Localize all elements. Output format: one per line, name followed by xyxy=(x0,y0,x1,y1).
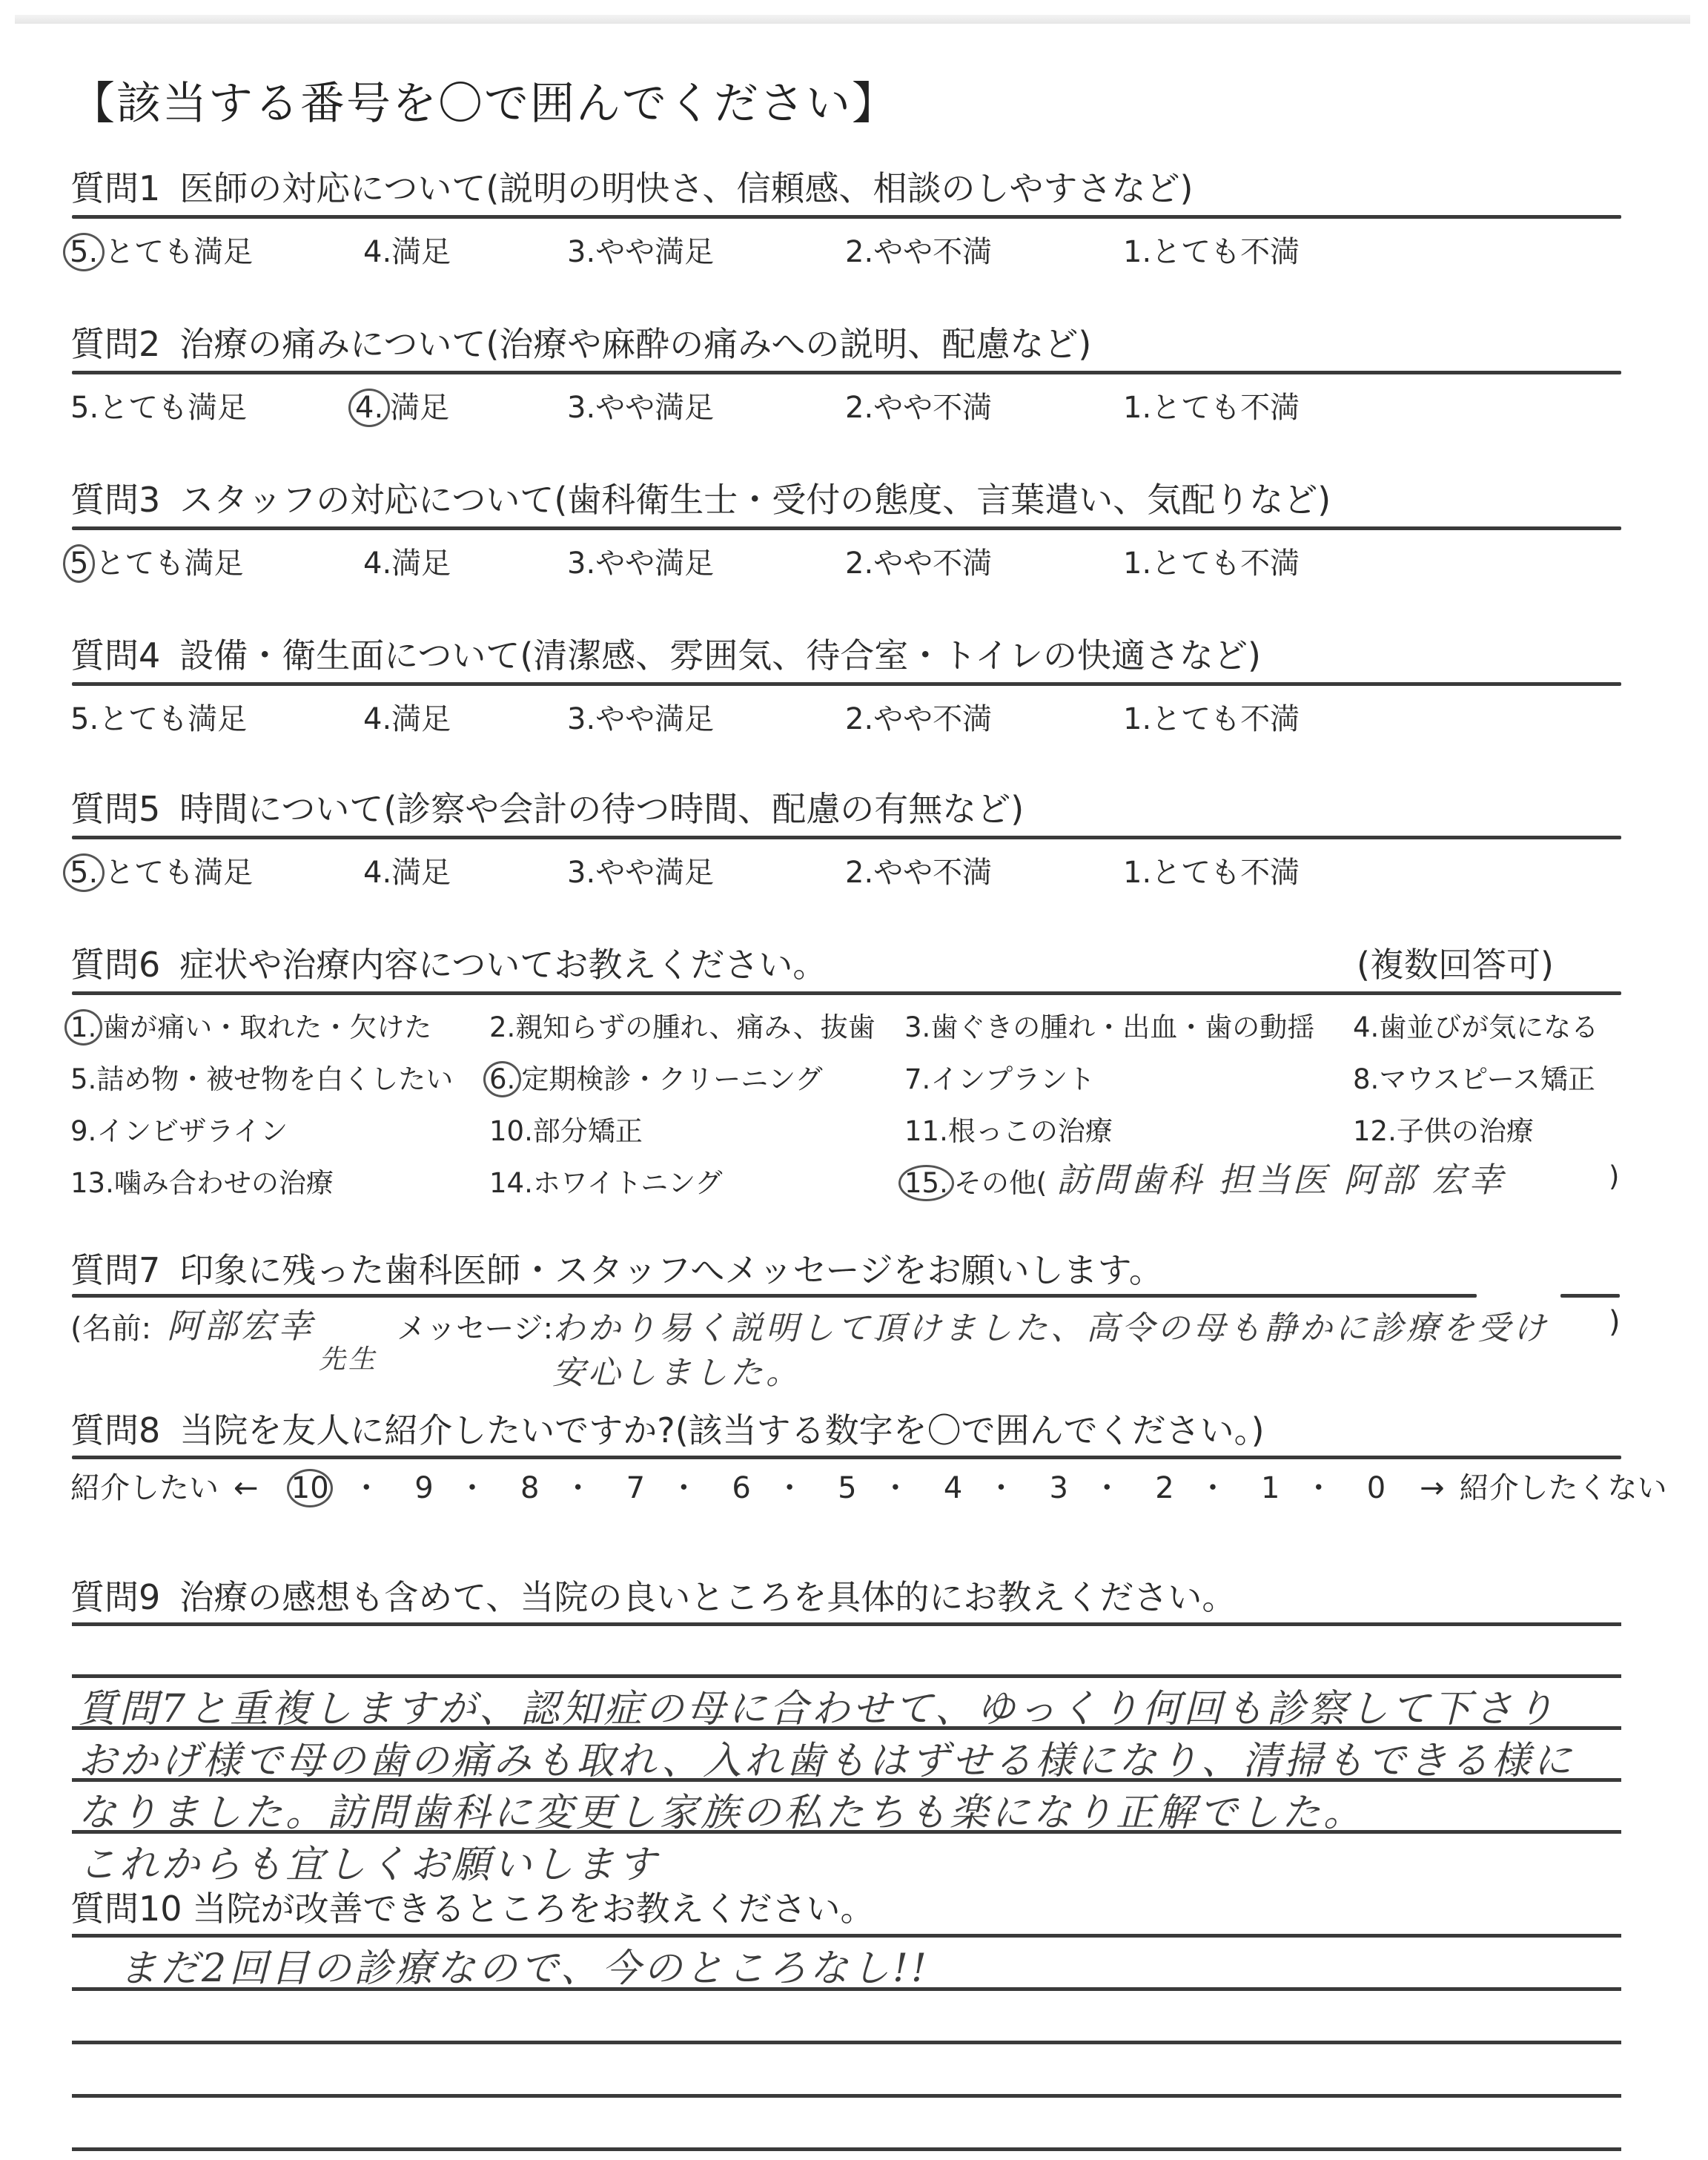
answer-line xyxy=(72,2147,1621,2151)
q9-answer-line-2[interactable]: おかげ様で母の歯の痛みも取れ、入れ歯もはずせる様になり、清掃もできる様に xyxy=(78,1729,1575,1785)
question-2-heading: 質問2治療の痛みについて(治療や麻酔の痛みへの説明、配慮など) xyxy=(70,317,1091,366)
recommend-right-label: 紹介したくない xyxy=(1460,1471,1667,1505)
q10-answer-line-1[interactable]: まだ2回目の診療なので、今のところなし!! xyxy=(119,1937,930,1992)
option-2[interactable]: 2.やや不満 xyxy=(845,228,992,271)
q9-answer-line-3[interactable]: なりました。訪問歯科に変更し家族の私たちも楽になり正解でした。 xyxy=(78,1781,1365,1837)
arrow-left-icon: ← xyxy=(234,1471,259,1505)
scale-8[interactable]: 8 xyxy=(511,1471,549,1505)
divider xyxy=(72,526,1621,530)
option-3[interactable]: 3.やや満足 xyxy=(567,696,714,738)
question-5-heading: 質問5時間について(診察や会計の待つ時間、配慮の有無など) xyxy=(70,782,1024,831)
divider xyxy=(72,991,1621,995)
question-text: 医師の対応について(説明の明快さ、信頼感、相談のしやすさなど) xyxy=(179,168,1193,208)
option-5[interactable]: 5とても満足 xyxy=(70,540,243,583)
option-9[interactable]: 9.インビザライン xyxy=(70,1109,288,1149)
scale-1[interactable]: 1 xyxy=(1251,1471,1290,1505)
scale-9[interactable]: 9 xyxy=(405,1471,443,1505)
divider xyxy=(72,215,1621,219)
question-7-heading: 質問7印象に残った歯科医師・スタッフへメッセージをお願いします。 xyxy=(70,1244,1163,1292)
option-8[interactable]: 8.マウスピース矯正 xyxy=(1353,1057,1595,1097)
question-6-heading: 質問6症状や治療内容についてお教えください。 (複数回答可) xyxy=(70,938,827,987)
question-5-options: 5.とても満足 4.満足 3.やや満足 2.やや不満 1.とても不満 xyxy=(70,849,1627,891)
question-4-options: 5.とても満足 4.満足 3.やや満足 2.やや不満 1.とても不満 xyxy=(70,696,1627,737)
divider xyxy=(72,371,1621,374)
divider xyxy=(72,836,1621,839)
option-5[interactable]: 5.とても満足 xyxy=(70,696,247,738)
option-3[interactable]: 3.やや満足 xyxy=(567,849,714,891)
divider xyxy=(72,1456,1621,1459)
option-2[interactable]: 2.親知らずの腫れ、痛み、抜歯 xyxy=(489,1005,875,1045)
option-4[interactable]: 4.満足 xyxy=(363,696,451,738)
message-label: メッセージ: xyxy=(397,1305,553,1347)
option-2[interactable]: 2.やや不満 xyxy=(845,849,992,891)
option-1[interactable]: 1.とても不満 xyxy=(1123,696,1300,738)
other-close-paren: ) xyxy=(1609,1160,1619,1192)
question-8-heading: 質問8当院を友人に紹介したいですか?(該当する数字を〇で囲んでください。) xyxy=(70,1404,1265,1453)
option-5[interactable]: 5.詰め物・被せ物を白くしたい xyxy=(70,1057,453,1097)
divider xyxy=(72,682,1621,686)
option-3[interactable]: 3.やや満足 xyxy=(567,228,714,271)
message-field-line-2[interactable]: 安心しました。 xyxy=(552,1346,801,1393)
divider xyxy=(1560,1294,1620,1298)
answer-line xyxy=(72,2094,1621,2098)
option-1[interactable]: 1.とても不満 xyxy=(1123,849,1300,891)
question-1-heading: 質問1医師の対応について(説明の明快さ、信頼感、相談のしやすさなど) xyxy=(70,162,1193,211)
option-2[interactable]: 2.やや不満 xyxy=(845,696,992,738)
option-7[interactable]: 7.インプラント xyxy=(904,1057,1095,1097)
scale-2[interactable]: 2 xyxy=(1145,1471,1184,1505)
option-5[interactable]: 5.とても満足 xyxy=(70,228,253,271)
scale-7[interactable]: 7 xyxy=(616,1471,655,1505)
name-suffix: 先生 xyxy=(319,1338,378,1376)
option-3[interactable]: 3.やや満足 xyxy=(567,540,714,582)
name-field[interactable]: 阿部宏幸 xyxy=(167,1299,315,1348)
other-handwritten-answer[interactable]: 訪問歯科 担当医 阿部 宏幸 xyxy=(1056,1153,1506,1202)
page-title: 【該当する番号を〇で囲んでください】 xyxy=(70,68,898,132)
option-13[interactable]: 13.噛み合わせの治療 xyxy=(70,1160,334,1200)
scale-3[interactable]: 3 xyxy=(1039,1471,1078,1505)
option-4[interactable]: 4.満足 xyxy=(363,849,451,891)
option-4[interactable]: 4.満足 xyxy=(363,228,451,271)
option-3[interactable]: 3.歯ぐきの腫れ・出血・歯の動揺 xyxy=(904,1005,1314,1045)
q9-answer-line-1[interactable]: 質問7と重複しますが、認知症の母に合わせて、ゆっくり何回も診察して下さり xyxy=(78,1677,1558,1733)
question-number: 質問1 xyxy=(70,168,160,208)
scale-4[interactable]: 4 xyxy=(934,1471,973,1505)
q9-answer-line-4[interactable]: これからも宜しくお願いします xyxy=(78,1833,659,1889)
multiple-answers-note: (複数回答可) xyxy=(1357,938,1554,987)
scale-0[interactable]: 0 xyxy=(1357,1471,1395,1505)
option-2[interactable]: 2.やや不満 xyxy=(845,384,992,426)
recommend-left-label: 紹介したい xyxy=(70,1471,219,1505)
answer-line xyxy=(72,2041,1621,2044)
question-9-heading: 質問9治療の感想も含めて、当院の良いところを具体的にお教えください。 xyxy=(70,1571,1236,1619)
divider xyxy=(72,1622,1621,1626)
option-14[interactable]: 14.ホワイトニング xyxy=(489,1160,723,1200)
arrow-right-icon: → xyxy=(1420,1471,1445,1505)
question-4-heading: 質問4設備・衛生面について(清潔感、雰囲気、待合室・トイレの快適さなど) xyxy=(70,629,1261,678)
question-7-answer: (名前: xyxy=(70,1305,151,1347)
question-3-heading: 質問3スタッフの対応について(歯科衛生士・受付の態度、言葉遣い、気配りなど) xyxy=(70,473,1331,522)
scale-6[interactable]: 6 xyxy=(722,1471,761,1505)
option-6[interactable]: 6.定期検診・クリーニング xyxy=(489,1057,823,1097)
close-paren: ) xyxy=(1609,1305,1621,1339)
question-1-options: 5.とても満足 4.満足 3.やや満足 2.やや不満 1.とても不満 xyxy=(70,228,1627,270)
question-3-options: 5とても満足 4.満足 3.やや満足 2.やや不満 1.とても不満 xyxy=(70,540,1627,581)
option-5[interactable]: 5.とても満足 xyxy=(70,384,247,426)
scale-10[interactable]: 10 xyxy=(287,1469,333,1507)
name-label: (名前: xyxy=(70,1312,151,1346)
option-1[interactable]: 1.とても不満 xyxy=(1123,228,1300,271)
message-field-line-1[interactable]: わかり易く説明して頂けました、高令の母も静かに診療を受け xyxy=(552,1301,1549,1349)
option-10[interactable]: 10.部分矯正 xyxy=(489,1109,643,1149)
question-2-options: 5.とても満足 4.満足 3.やや満足 2.やや不満 1.とても不満 xyxy=(70,384,1627,426)
option-1[interactable]: 1.とても不満 xyxy=(1123,540,1300,582)
question-10-heading: 質問10当院が改善できるところをお教えください。 xyxy=(70,1882,875,1931)
option-4[interactable]: 4.歯並びが気になる xyxy=(1353,1005,1598,1045)
option-15-other[interactable]: 15.その他( xyxy=(904,1160,1047,1201)
option-12[interactable]: 12.子供の治療 xyxy=(1353,1109,1534,1149)
option-5[interactable]: 5.とても満足 xyxy=(70,849,253,892)
option-1[interactable]: 1.歯が痛い・取れた・欠けた xyxy=(70,1005,431,1046)
option-11[interactable]: 11.根っこの治療 xyxy=(904,1109,1113,1149)
option-4[interactable]: 4.満足 xyxy=(363,540,451,582)
option-1[interactable]: 1.とても不満 xyxy=(1123,384,1300,426)
scan-edge xyxy=(15,15,1690,24)
divider xyxy=(72,1294,1477,1298)
option-3[interactable]: 3.やや満足 xyxy=(567,384,714,426)
option-2[interactable]: 2.やや不満 xyxy=(845,540,992,582)
option-4[interactable]: 4.満足 xyxy=(356,384,449,427)
recommend-scale: 紹介したい← 10・ 9・ 8・ 7・ 6・ 5・ 4・ 3・ 2・ 1・ 0 … xyxy=(70,1464,1667,1507)
scale-5[interactable]: 5 xyxy=(828,1471,867,1505)
